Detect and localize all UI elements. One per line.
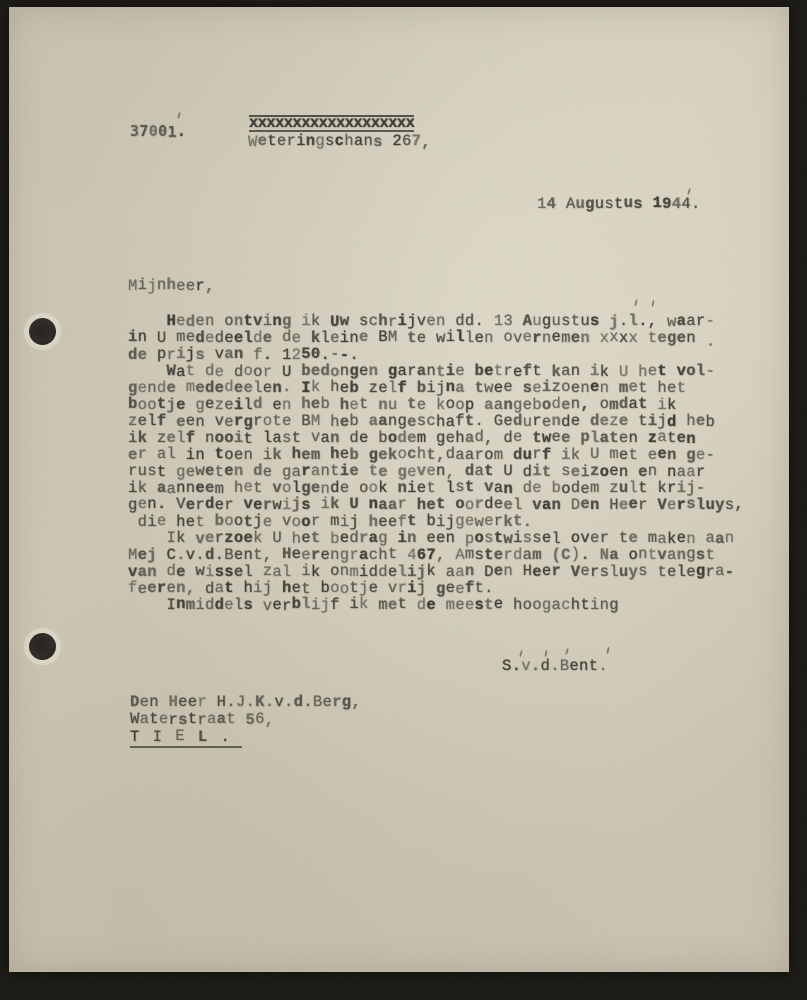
body-line: ik zelf nooit last van de bodem gehad, d… xyxy=(128,430,744,447)
body-line: feeren, dat hij het bootje vrij geeft. xyxy=(128,580,744,597)
sender-address: Weteringschans 267, xyxy=(248,133,431,150)
signature: S.v.d.Bent. xyxy=(502,658,608,675)
struck-out-line: xxxxxxxxxxxxxxxxxxx xyxy=(249,115,414,132)
body-line: de prijs van f. 1250.--. xyxy=(128,346,744,363)
body-line: ik aanneem het volgende ook niet lst van… xyxy=(128,480,744,497)
recipient-line: Den Heer H.J.K.v.d.Berg, xyxy=(130,694,361,711)
body-line: van de wissel zal ik onmiddelijk aan Den… xyxy=(128,564,744,581)
body-line: in U mededeelde de kleine BM te willen o… xyxy=(128,330,744,347)
reference-number: 37001. xyxy=(130,123,186,140)
body-line: Inmiddels verblijf ik met de meeste hoog… xyxy=(128,597,744,614)
punch-hole-top xyxy=(29,318,56,345)
recipient-address: Den Heer H.J.K.v.d.Berg,Waterstraat 56,T… xyxy=(130,694,361,748)
scanned-letter-page: 37001. xxxxxxxxxxxxxxxxxxx Weteringschan… xyxy=(0,0,807,1000)
impression-mark xyxy=(651,300,654,307)
letter-date: 14 Augustus 1944. xyxy=(537,196,701,213)
body-line: Wat de door U bedongen garantie betreft … xyxy=(128,363,744,380)
body-line: gen. Verder verwijs ik U naar het oordee… xyxy=(128,497,744,514)
body-line: Mej C.v.d.Bent, Heerengracht 467, Amster… xyxy=(128,547,744,564)
body-line: Heden ontving ik Uw schrijven dd. 13 Aug… xyxy=(128,313,744,330)
impression-mark xyxy=(177,112,181,119)
salutation: Mijnheer, xyxy=(128,278,215,295)
body-line: er al in toen ik hem heb gekocht,daarom … xyxy=(128,447,744,464)
body-line: Ik verzoek U het bedrag in een postwisse… xyxy=(128,530,744,547)
letter-paper: 37001. xxxxxxxxxxxxxxxxxxx Weteringschan… xyxy=(9,7,789,972)
body-line: zelf een vergrote BM heb aangeschaft. Ge… xyxy=(128,413,744,430)
dust-speck xyxy=(709,343,712,346)
dust-speck xyxy=(221,567,223,569)
body-line: gende mededeelen. Ik heb zelf bijna twee… xyxy=(128,380,744,397)
body-line: bootje gezeild en heb het nu te koop aan… xyxy=(128,397,744,414)
recipient-line: T I E L . xyxy=(130,729,242,748)
body-line: die het bootje voor mij heeft bijgewerkt… xyxy=(128,513,744,530)
impression-mark xyxy=(634,299,638,306)
recipient-line: Waterstraat 56, xyxy=(130,711,361,728)
impression-mark xyxy=(606,647,609,654)
punch-hole-bottom xyxy=(29,633,56,660)
impression-mark xyxy=(565,648,569,655)
body-line: rust geweten de garantie te geven, dat U… xyxy=(128,463,744,480)
